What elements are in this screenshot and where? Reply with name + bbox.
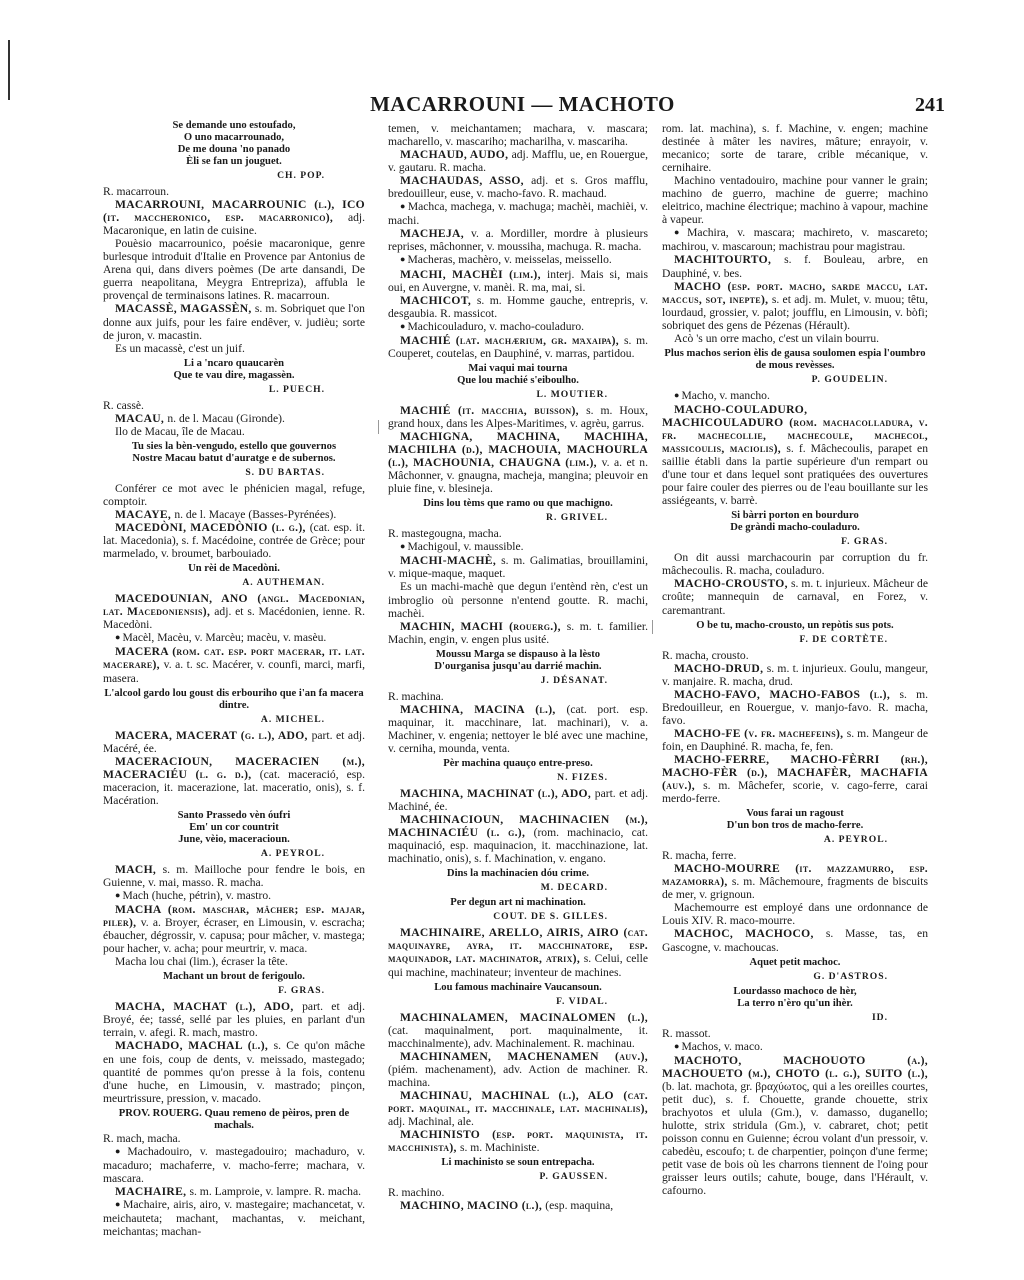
dictionary-entry: R. machina. bbox=[388, 690, 648, 703]
headword: MACHICOT, bbox=[400, 294, 477, 307]
dictionary-entry: Machemourre est employé dans une ordonna… bbox=[662, 901, 928, 927]
dictionary-entry: Conférer ce mot avec le phénicien magal,… bbox=[103, 482, 365, 508]
dictionary-entry: Es un machi-machè que degun i'entènd rèn… bbox=[388, 580, 648, 619]
dictionary-entry: MACERA, MACERAT (g. l.), ADO, part. et a… bbox=[103, 729, 365, 755]
headword: MACHA (rom. maschar, mâcher; esp. majar,… bbox=[103, 903, 365, 929]
headword: MACEDÒNI, MACEDÒNIO (l. g.), bbox=[115, 521, 310, 534]
dictionary-entry: MACHOTO, MACHOUOTO (a.), MACHOUETO (m.),… bbox=[662, 1054, 928, 1198]
citation-author: R. GRIVEL. bbox=[388, 511, 648, 524]
quote-line: Un rèi de Macedòni. bbox=[103, 563, 365, 575]
quote-line: Tu sies la bèn-vengudo, estello que gouv… bbox=[103, 441, 365, 453]
citation-author: J. DÉSANAT. bbox=[388, 674, 648, 687]
quote-line: O be tu, macho-crousto, un repòtis sus p… bbox=[662, 620, 928, 632]
citation-author: G. D'ASTROS. bbox=[662, 970, 928, 983]
citation-author: F. VIDAL. bbox=[388, 995, 648, 1008]
dictionary-entry: R. macarroun. bbox=[103, 185, 365, 198]
citation-quote: Lourdasso machoco de hèr,La terro n'èro … bbox=[662, 986, 928, 1010]
headword: MACHOC, MACHOCO, bbox=[674, 927, 826, 940]
dictionary-entry: MACARROUNI, MACARROUNIC (l.), ICO (it. m… bbox=[103, 198, 365, 237]
dictionary-entry: MACHINAU, MACHINAL (l.), ALO (cat. port.… bbox=[388, 1089, 648, 1128]
dictionary-entry: MACHI, MACHÈI (lim.), interj. Mais si, m… bbox=[388, 268, 648, 294]
dictionary-entry: MACHI-MACHÈ, s. m. Galimatias, brouillam… bbox=[388, 554, 648, 580]
headword: MACHEJA, bbox=[400, 227, 471, 240]
citation-author: A. PEYROL. bbox=[103, 847, 365, 860]
citation-quote: PROV. ROUERG. Quau remeno de pèiros, pre… bbox=[103, 1108, 365, 1132]
quote-line: Moussu Marga se dispauso à la lèsto bbox=[388, 649, 648, 661]
headword: MACHIGNA, MACHINA, MACHIHA, MACHILHA (d.… bbox=[388, 430, 648, 469]
quote-line: L'alcool gardo lou goust dis erbouriho q… bbox=[103, 688, 365, 712]
cross-reference-entry: Machos, v. maco. bbox=[662, 1040, 928, 1054]
quote-line: Li machinisto se soun entrepacha. bbox=[388, 1157, 648, 1169]
quote-line: Se demande uno estoufado, bbox=[103, 120, 365, 132]
dictionary-entry: MACHINALAMEN, MACINALOMEN (l.), (cat. ma… bbox=[388, 1011, 648, 1050]
headword: MACHINO, MACINO (l.), bbox=[400, 1199, 545, 1212]
dictionary-entry: temen, v. meichantamen; machara, v. masc… bbox=[388, 122, 648, 148]
dictionary-entry: MACEDOUNIAN, ANO (angl. Macedonian, lat.… bbox=[103, 592, 365, 631]
dictionary-entry: MACHICOT, s. m. Homme gauche, entrepris,… bbox=[388, 294, 648, 320]
citation-quote: Vous farai un ragoustD'un bon tros de ma… bbox=[662, 808, 928, 832]
cross-reference-entry: Machca, machega, v. machuga; machèi, mac… bbox=[388, 200, 648, 227]
dictionary-entry: MACHINAIRE, ARELLO, AIRIS, AIRO (cat. ma… bbox=[388, 926, 648, 978]
dictionary-entry: MACHO-MOURRE (it. mazzamurro, esp. mazam… bbox=[662, 862, 928, 901]
dictionary-entry: MACHAUD, AUDO, adj. Mafflu, ue, en Rouer… bbox=[388, 148, 648, 174]
headword: MACHINAU, MACHINAL (l.), ALO (cat. port.… bbox=[388, 1089, 648, 1115]
dictionary-entry: MACHIN, MACHI (rouerg.), s. m. t. famili… bbox=[388, 620, 648, 646]
dictionary-entry: Es un macassè, c'est un juif. bbox=[103, 342, 365, 355]
headword: MACHIN, MACHI (rouerg.), bbox=[400, 620, 567, 633]
dictionary-entry: MACHO-DRUD, s. m. t. injurieux. Goulu, m… bbox=[662, 662, 928, 688]
dictionary-entry: MACHITOURTO, s. f. Bouleau, arbre, en Da… bbox=[662, 253, 928, 279]
cross-reference-entry: Machadouiro, v. mastegadouiro; machaduro… bbox=[103, 1145, 365, 1185]
citation-quote: Se demande uno estoufado,O uno macarroun… bbox=[103, 120, 365, 168]
citation-author: COUT. DE S. GILLES. bbox=[388, 910, 648, 923]
dictionary-entry: MACHA, MACHAT (l.), ADO, part. et adj. B… bbox=[103, 1000, 365, 1039]
dictionary-entry: R. massot. bbox=[662, 1027, 928, 1040]
cross-reference-entry: Mach (huche, pétrin), v. mastro. bbox=[103, 889, 365, 903]
citation-author: F. GRAS. bbox=[662, 535, 928, 548]
dictionary-entry: R. machino. bbox=[388, 1186, 648, 1199]
quote-line: De me douna 'no panado bbox=[103, 144, 365, 156]
citation-quote: Dins la machinacien dóu crime. bbox=[388, 868, 648, 880]
headword: MACHAIRE, bbox=[115, 1185, 190, 1198]
headword: MACHOTO, MACHOUOTO (a.), MACHOUETO (m.),… bbox=[662, 1054, 928, 1080]
running-head: MACARROUNI — MACHOTO bbox=[100, 92, 945, 117]
headword: MACH, bbox=[115, 863, 163, 876]
dictionary-entry: R. macha, crousto. bbox=[662, 649, 928, 662]
headword: MACERA (rom. cat. esp. port macerar, it.… bbox=[103, 645, 365, 671]
headword: MACHO-COULADURO, MACHICOULADURO (rom. ma… bbox=[662, 403, 928, 455]
quote-line: Li a 'ncaro quaucarèn bbox=[103, 358, 365, 370]
headword: MACHINA, MACHINAT (l.), ADO, bbox=[400, 787, 595, 800]
dictionary-entry: MACEDÒNI, MACEDÒNIO (l. g.), (cat. esp. … bbox=[103, 521, 365, 560]
dictionary-entry: Machino ventadouiro, machine pour vanner… bbox=[662, 174, 928, 226]
quote-line: Nostre Macau batut d'auratge e de subern… bbox=[103, 453, 365, 465]
column-3: rom. lat. machina), s. f. Machine, v. en… bbox=[662, 122, 928, 1197]
citation-quote: Aquet petit machoc. bbox=[662, 957, 928, 969]
cross-reference-entry: Machigoul, v. maussible. bbox=[388, 540, 648, 554]
dictionary-entry: MACHIGNA, MACHINA, MACHIHA, MACHILHA (d.… bbox=[388, 430, 648, 495]
quote-line: Machant un brout de ferigoulo. bbox=[103, 971, 365, 983]
cross-reference-entry: Macèl, Macèu, v. Marcèu; macèu, v. masèu… bbox=[103, 631, 365, 645]
citation-author: P. GOUDELIN. bbox=[662, 373, 928, 386]
dictionary-entry: Acò 's un orre macho, c'est un vilain bo… bbox=[662, 332, 928, 345]
headword: MACHAUD, AUDO, bbox=[400, 148, 512, 161]
quote-line: D'ourganisa jusqu'au darrié machin. bbox=[388, 661, 648, 673]
headword: MACHI, MACHÈI (lim.), bbox=[400, 268, 547, 281]
quote-line: La terro n'èro qu'un ihèr. bbox=[662, 998, 928, 1010]
citation-author: F. DE CORTÈTE. bbox=[662, 633, 928, 646]
citation-quote: Per degun art ni machination. bbox=[388, 897, 648, 909]
quote-line: Que lou machié s'eiboulho. bbox=[388, 375, 648, 387]
dictionary-entry: Pouèsio macarrounico, poésie macaronique… bbox=[103, 237, 365, 302]
headword: MACHAUDAS, ASSO, bbox=[400, 174, 531, 187]
headword: MACAU, bbox=[115, 412, 167, 425]
dictionary-entry: MACHAUDAS, ASSO, adj. et s. Gros mafflu,… bbox=[388, 174, 648, 200]
cross-reference-entry: Machira, v. mascara; machireto, v. masca… bbox=[662, 226, 928, 253]
quote-line: June, vèio, maceracioun. bbox=[103, 834, 365, 846]
quote-line: Que te vau dire, magassèn. bbox=[103, 370, 365, 382]
column-rule-mark bbox=[378, 420, 379, 434]
dictionary-entry: MACHOC, MACHOCO, s. Masse, tas, en Gasco… bbox=[662, 927, 928, 953]
quote-line: Lourdasso machoco de hèr, bbox=[662, 986, 928, 998]
quote-line: Em' un cor countrit bbox=[103, 822, 365, 834]
dictionary-entry: MACHINA, MACHINAT (l.), ADO, part. et ad… bbox=[388, 787, 648, 813]
dictionary-entry: MACHIÉ (it. macchia, buisson), s. m. Hou… bbox=[388, 404, 648, 430]
dictionary-entry: Macha lou chai (lim.), écraser la tête. bbox=[103, 955, 365, 968]
quote-line: Dins lou tèms que ramo ou que machigno. bbox=[388, 498, 648, 510]
quote-line: Vous farai un ragoust bbox=[662, 808, 928, 820]
headword: MACEDOUNIAN, ANO (angl. Macedonian, lat.… bbox=[103, 592, 365, 618]
cross-reference-entry: Macheras, machèro, v. meisselas, meissel… bbox=[388, 253, 648, 267]
dictionary-entry: MACHINO, MACINO (l.), (esp. maquina, bbox=[388, 1199, 648, 1212]
headword: MACHO-FERRE, MACHO-FÈRRI (rh.), MACHO-FÈ… bbox=[662, 753, 928, 792]
headword: MACHINAMEN, MACHENAMEN (auv.), bbox=[400, 1050, 648, 1063]
citation-quote: Mai vaqui mai tournaQue lou machié s'eib… bbox=[388, 363, 648, 387]
headword: MACHO-MOURRE (it. mazzamurro, esp. mazam… bbox=[662, 862, 928, 888]
quote-line: Mai vaqui mai tourna bbox=[388, 363, 648, 375]
dictionary-entry: MACHINAMEN, MACHENAMEN (auv.), (piém. ma… bbox=[388, 1050, 648, 1089]
dictionary-entry: MACHO-FE (v. fr. machefeins), s. m. Mang… bbox=[662, 727, 928, 753]
cross-reference-entry: Machaire, airis, airo, v. mastegaire; ma… bbox=[103, 1198, 365, 1238]
headword: MACAYE, bbox=[115, 508, 174, 521]
citation-author: P. GAUSSEN. bbox=[388, 1170, 648, 1183]
dictionary-entry: MACH, s. m. Mailloche pour fendre le boi… bbox=[103, 863, 365, 889]
citation-quote: Plus machos serion èlis de gausa soulome… bbox=[662, 348, 928, 372]
headword: MACHITOURTO, bbox=[674, 253, 784, 266]
citation-quote: Li machinisto se soun entrepacha. bbox=[388, 1157, 648, 1169]
quote-line: Pèr machina quauço entre-preso. bbox=[388, 758, 648, 770]
dictionary-entry: MACASSÈ, MAGASSÈN, s. m. Sobriquet que l… bbox=[103, 302, 365, 341]
citation-author: CH. POP. bbox=[103, 169, 365, 182]
column-rule-mark bbox=[652, 620, 653, 634]
headword: MACHO-FE (v. fr. machefeins), bbox=[674, 727, 847, 740]
citation-author: S. DU BARTAS. bbox=[103, 466, 365, 479]
headword: MACHINACIOUN, MACHINACIEN (m.), MACHINAC… bbox=[388, 813, 648, 839]
citation-quote: O be tu, macho-crousto, un repòtis sus p… bbox=[662, 620, 928, 632]
citation-quote: Lou famous machinaire Vaucansoun. bbox=[388, 982, 648, 994]
dictionary-entry: R. macha, ferre. bbox=[662, 849, 928, 862]
dictionary-entry: On dit aussi marchacourin par corruption… bbox=[662, 551, 928, 577]
column-1: Se demande uno estoufado,O uno macarroun… bbox=[103, 117, 365, 1238]
quote-line: Èli se fan un jouguet. bbox=[103, 156, 365, 168]
dictionary-entry: MACERACIOUN, MACERACIEN (m.), MACERACIÉU… bbox=[103, 755, 365, 807]
headword: MACHIÉ (it. macchia, buisson), bbox=[400, 404, 586, 417]
headword: MACHIÉ (lat. machærium, gr. μάχαιρα), bbox=[400, 334, 624, 347]
citation-author: M. DECARD. bbox=[388, 881, 648, 894]
dictionary-entry: R. mastegougna, macha. bbox=[388, 527, 648, 540]
citation-quote: Li a 'ncaro quaucarènQue te vau dire, ma… bbox=[103, 358, 365, 382]
headword: MACHO (esp. port. macho, sarde maccu, la… bbox=[662, 280, 928, 306]
headword: MACHINISTO (esp. port. maquinista, it. m… bbox=[388, 1128, 648, 1154]
column-2: temen, v. meichantamen; machara, v. masc… bbox=[388, 122, 648, 1212]
scan-margin-mark bbox=[8, 40, 10, 100]
headword: MACHA, MACHAT (l.), ADO, bbox=[115, 1000, 302, 1013]
quote-line: PROV. ROUERG. Quau remeno de pèiros, pre… bbox=[103, 1108, 365, 1132]
citation-quote: Moussu Marga se dispauso à la lèstoD'our… bbox=[388, 649, 648, 673]
citation-author: ID. bbox=[662, 1011, 928, 1024]
dictionary-entry: R. mach, macha. bbox=[103, 1132, 365, 1145]
citation-quote: Pèr machina quauço entre-preso. bbox=[388, 758, 648, 770]
headword: MACHO-DRUD, bbox=[674, 662, 767, 675]
dictionary-entry: Ilo de Macau, île de Macau. bbox=[103, 425, 365, 438]
quote-line: O uno macarrounado, bbox=[103, 132, 365, 144]
dictionary-entry: MACHINA, MACINA (l.), (cat. port. esp. m… bbox=[388, 703, 648, 755]
headword: MACHO-FAVO, MACHO-FABOS (l.), bbox=[674, 688, 900, 701]
citation-author: L. PUECH. bbox=[103, 383, 365, 396]
dictionary-entry: MACHEJA, v. a. Mordiller, mordre à plusi… bbox=[388, 227, 648, 253]
quote-line: Santo Prassedo vèn óufri bbox=[103, 810, 365, 822]
citation-quote: Dins lou tèms que ramo ou que machigno. bbox=[388, 498, 648, 510]
dictionary-entry: MACHINACIOUN, MACHINACIEN (m.), MACHINAC… bbox=[388, 813, 648, 865]
headword: MACHO-CROUSTO, bbox=[674, 577, 791, 590]
headword: MACHADO, MACHAL (l.), bbox=[115, 1039, 274, 1052]
dictionary-entry: MACHINISTO (esp. port. maquinista, it. m… bbox=[388, 1128, 648, 1154]
page-number: 241 bbox=[915, 94, 945, 117]
quote-line: Si bàrri porton en bourduro bbox=[662, 510, 928, 522]
dictionary-entry: MACHA (rom. maschar, mâcher; esp. majar,… bbox=[103, 903, 365, 955]
headword: MACASSÈ, MAGASSÈN, bbox=[115, 302, 255, 315]
quote-line: Dins la machinacien dóu crime. bbox=[388, 868, 648, 880]
headword: MACERA, MACERAT (g. l.), ADO, bbox=[115, 729, 312, 742]
dictionary-entry: MACHO-FERRE, MACHO-FÈRRI (rh.), MACHO-FÈ… bbox=[662, 753, 928, 805]
dictionary-entry: MACHO-CROUSTO, s. m. t. injurieux. Mâche… bbox=[662, 577, 928, 616]
dictionary-entry: MACERA (rom. cat. esp. port macerar, it.… bbox=[103, 645, 365, 684]
citation-quote: Machant un brout de ferigoulo. bbox=[103, 971, 365, 983]
citation-quote: Santo Prassedo vèn óufriEm' un cor count… bbox=[103, 810, 365, 846]
dictionary-entry: MACHO (esp. port. macho, sarde maccu, la… bbox=[662, 280, 928, 332]
citation-quote: Si bàrri porton en bourduroDe gràndi mac… bbox=[662, 510, 928, 534]
dictionary-entry: MACAU, n. de l. Macau (Gironde). bbox=[103, 412, 365, 425]
dictionary-entry: MACAYE, n. de l. Macaye (Basses-Pyrénées… bbox=[103, 508, 365, 521]
quote-line: D'un bon tros de macho-ferre. bbox=[662, 820, 928, 832]
citation-author: A. PEYROL. bbox=[662, 833, 928, 846]
headword: MACHINALAMEN, MACINALOMEN (l.), bbox=[400, 1011, 648, 1024]
dictionary-entry: R. cassè. bbox=[103, 399, 365, 412]
citation-author: A. MICHEL. bbox=[103, 713, 365, 726]
dictionary-entry: rom. lat. machina), s. f. Machine, v. en… bbox=[662, 122, 928, 174]
headword: MACHINA, MACINA (l.), bbox=[400, 703, 567, 716]
citation-quote: Tu sies la bèn-vengudo, estello que gouv… bbox=[103, 441, 365, 465]
quote-line: Per degun art ni machination. bbox=[388, 897, 648, 909]
dictionary-entry: MACHO-FAVO, MACHO-FABOS (l.), s. m. Bred… bbox=[662, 688, 928, 727]
quote-line: Aquet petit machoc. bbox=[662, 957, 928, 969]
citation-author: N. FIZES. bbox=[388, 771, 648, 784]
citation-author: L. MOUTIER. bbox=[388, 388, 648, 401]
citation-author: A. AUTHEMAN. bbox=[103, 576, 365, 589]
dictionary-entry: MACHADO, MACHAL (l.), s. Ce qu'on mâche … bbox=[103, 1039, 365, 1104]
headword: MACERACIOUN, MACERACIEN (m.), MACERACIÉU… bbox=[103, 755, 365, 781]
cross-reference-entry: Machicouladuro, v. macho-couladuro. bbox=[388, 320, 648, 334]
quote-line: De gràndi macho-couladuro. bbox=[662, 522, 928, 534]
dictionary-entry: MACHIÉ (lat. machærium, gr. μάχαιρα), s.… bbox=[388, 334, 648, 360]
cross-reference-entry: Macho, v. mancho. bbox=[662, 389, 928, 403]
citation-author: F. GRAS. bbox=[103, 984, 365, 997]
quote-line: Plus machos serion èlis de gausa soulome… bbox=[662, 348, 928, 372]
dictionary-entry: MACHAIRE, s. m. Lamproie, v. lampre. R. … bbox=[103, 1185, 365, 1198]
dictionary-entry: MACHO-COULADURO, MACHICOULADURO (rom. ma… bbox=[662, 403, 928, 507]
citation-quote: Un rèi de Macedòni. bbox=[103, 563, 365, 575]
headword: MACARROUNI, MACARROUNIC (l.), ICO (it. m… bbox=[103, 198, 365, 224]
headword: MACHINAIRE, ARELLO, AIRIS, AIRO (cat. ma… bbox=[388, 926, 648, 965]
headword: MACHI-MACHÈ, bbox=[400, 554, 501, 567]
citation-quote: L'alcool gardo lou goust dis erbouriho q… bbox=[103, 688, 365, 712]
quote-line: Lou famous machinaire Vaucansoun. bbox=[388, 982, 648, 994]
